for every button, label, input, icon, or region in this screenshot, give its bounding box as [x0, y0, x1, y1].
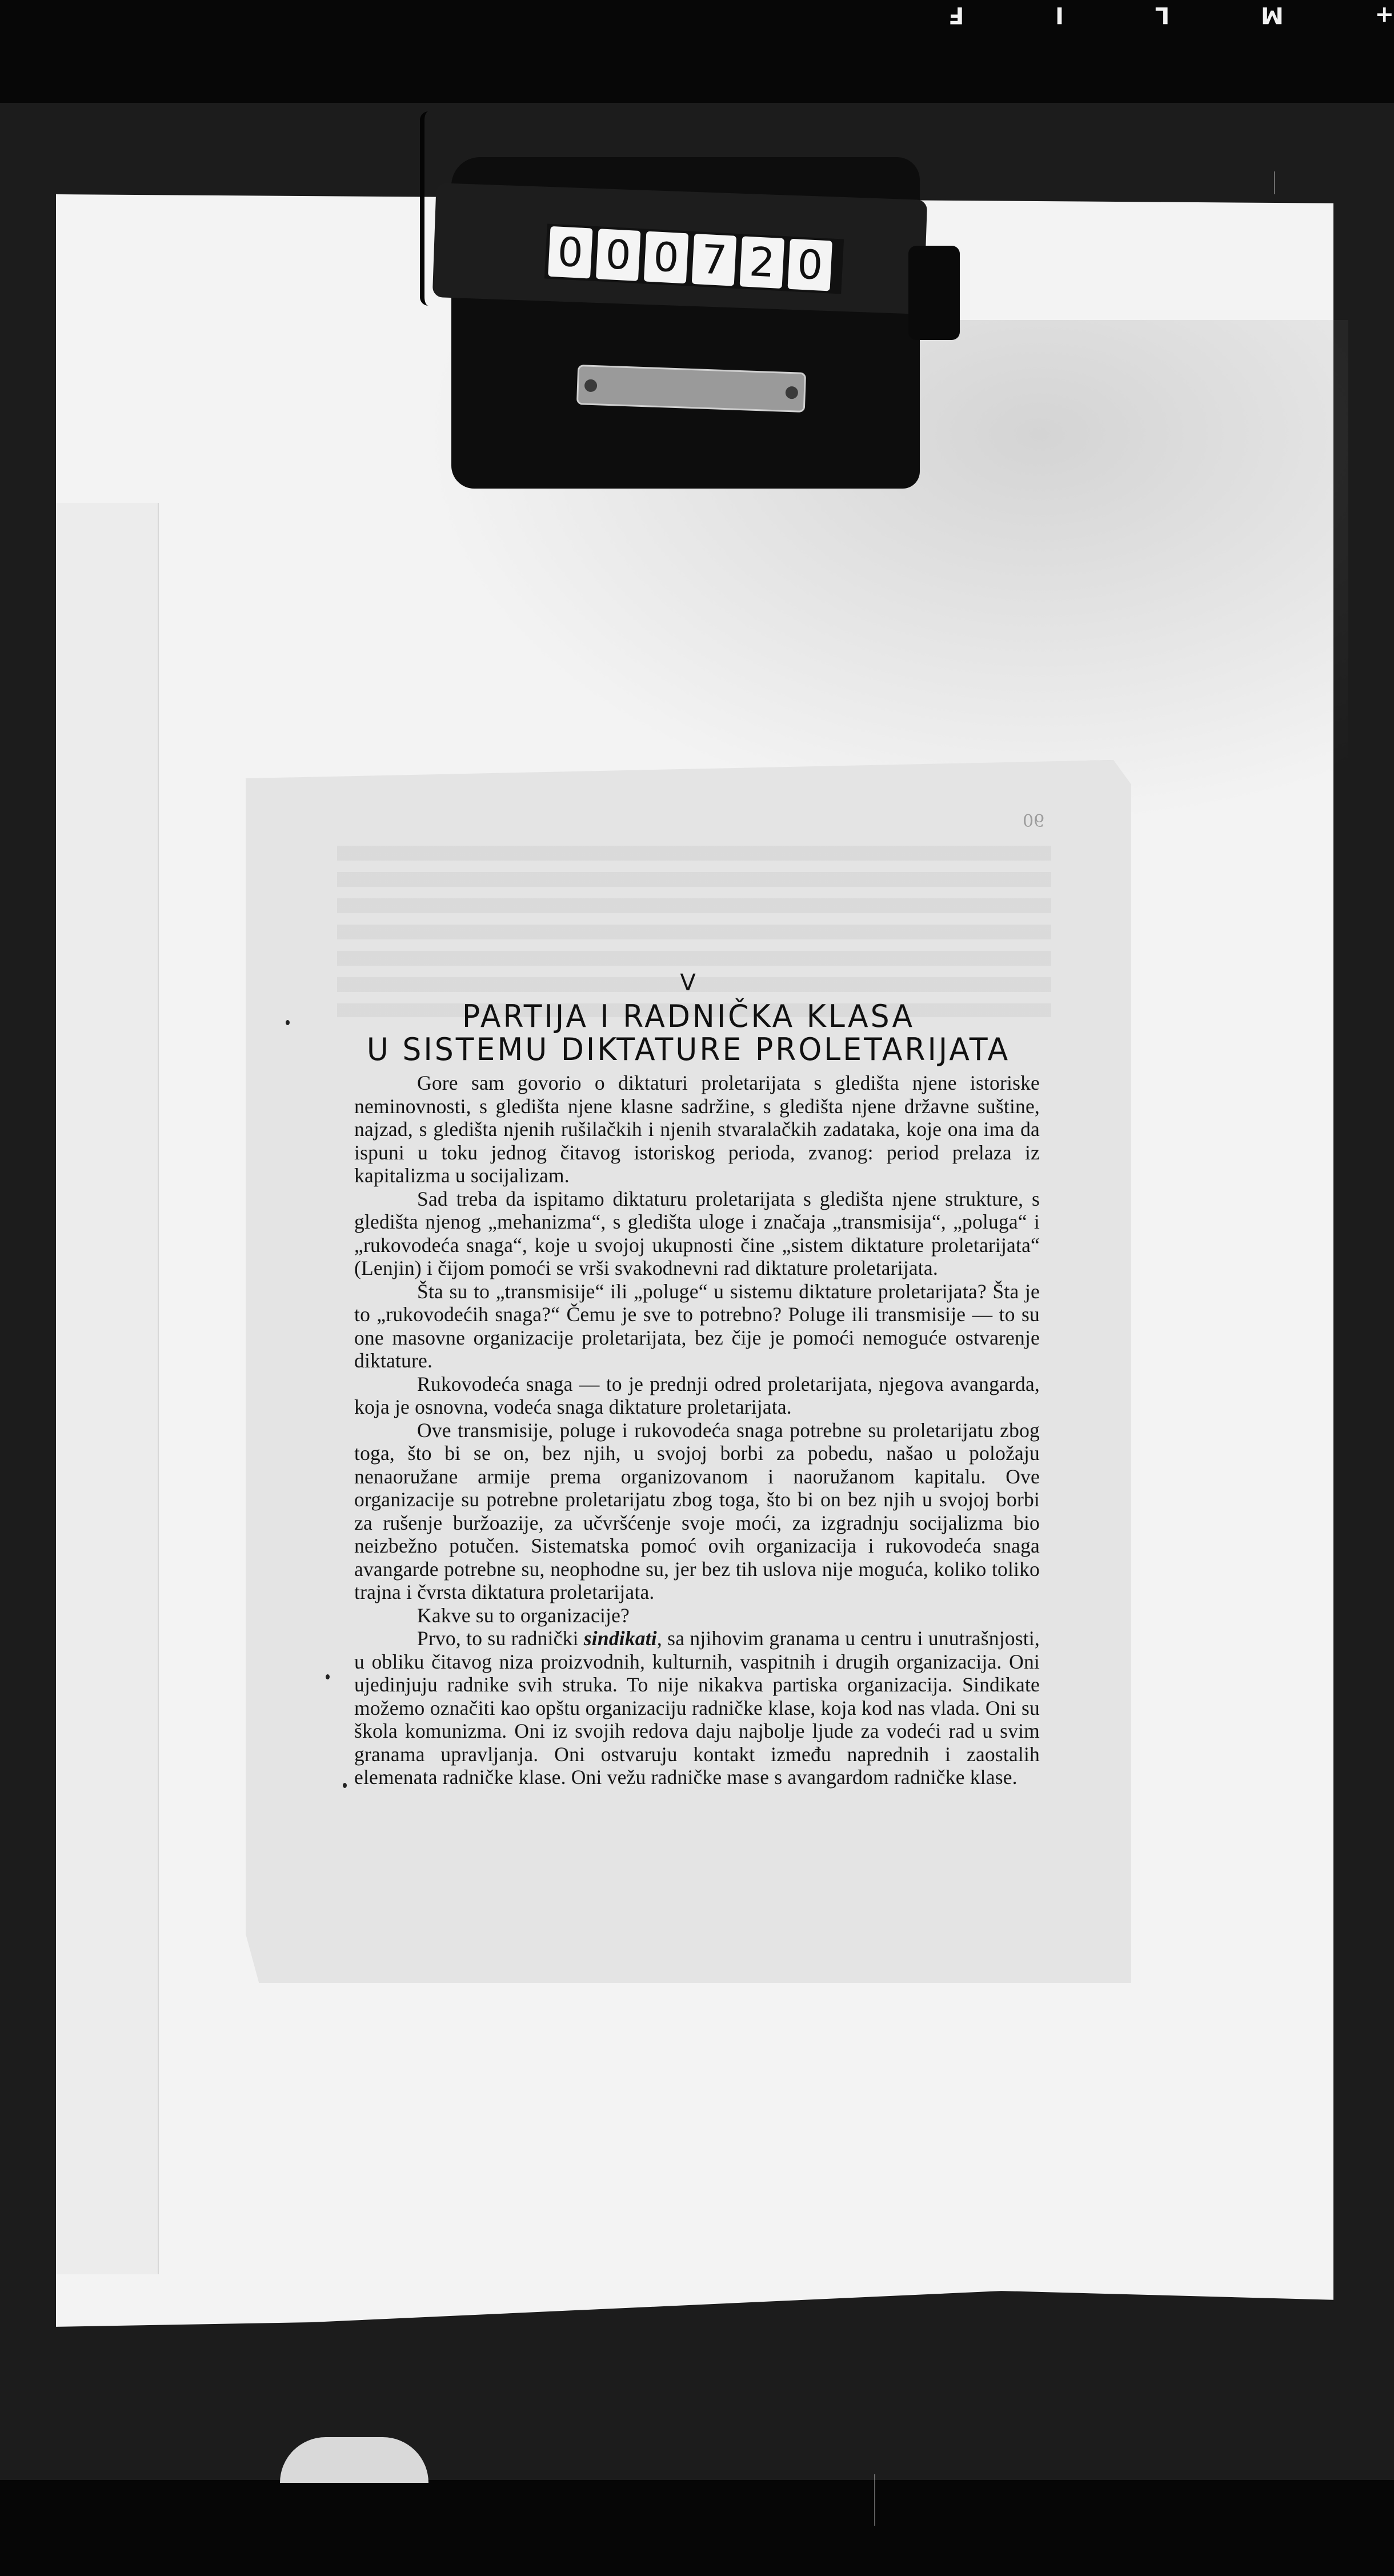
- chapter-heading: V PARTIJA I RADNIČKA KLASA U SISTEMU DIK…: [246, 966, 1131, 1066]
- counter-knob: [908, 246, 960, 340]
- edge-mark: I: [1055, 7, 1064, 23]
- film-edge-bottom: [0, 2480, 1394, 2576]
- paragraph: Šta su to „transmisije“ ili „poluge“ u s…: [354, 1280, 1040, 1373]
- counter-digit: 0: [787, 239, 832, 291]
- edge-mark: M: [1261, 7, 1284, 23]
- emphasis-sindikati: sindikati: [584, 1627, 657, 1650]
- edge-mark: +: [1375, 7, 1394, 23]
- edge-mark: L: [1155, 7, 1170, 23]
- chapter-title-line-2: U SISTEMU DIKTATURE PROLETARIJATA: [246, 1033, 1131, 1067]
- paragraph: Gore sam govorio o diktaturi proletarija…: [354, 1071, 1040, 1187]
- frame-counter: 0 0 0 7 2 0: [434, 146, 960, 489]
- paragraph: Sad treba da ispitamo diktaturu proletar…: [354, 1187, 1040, 1280]
- counter-digit: 2: [740, 236, 785, 289]
- board-side-strip: [56, 503, 159, 2274]
- margin-mark: [286, 1020, 290, 1025]
- counter-digit: 0: [548, 226, 593, 279]
- margin-mark: [343, 1783, 347, 1788]
- counter-nameplate: [576, 365, 806, 413]
- body-text: Gore sam govorio o diktaturi proletarija…: [354, 1071, 1040, 1789]
- film-edge-top: F I L M +: [0, 0, 1394, 103]
- foreground-object: [280, 2437, 428, 2483]
- paragraph-sindikati: Prvo, to su radnički sindikati, sa njiho…: [354, 1627, 1040, 1789]
- document-page: 90 V PARTIJA I RADNIČKA KLASA U SISTEMU …: [246, 760, 1131, 1983]
- margin-mark: [326, 1674, 330, 1679]
- film-edge-marks: F I L M +: [948, 0, 1394, 23]
- counter-digit: 0: [644, 231, 689, 284]
- counter-digit: 7: [692, 234, 737, 286]
- text-run: , sa njihovim granama u centru i unutraš…: [354, 1627, 1040, 1789]
- page-number: 90: [1023, 811, 1044, 831]
- paragraph: Rukovodeća snaga — to je prednji odred p…: [354, 1373, 1040, 1419]
- text-run: Prvo, to su radnički: [417, 1627, 584, 1650]
- counter-digit: 0: [596, 229, 641, 281]
- film-scratch: [874, 2474, 875, 2526]
- edge-mark: F: [948, 7, 964, 23]
- paragraph: Kakve su to organizacije?: [354, 1604, 1040, 1627]
- paragraph: Ove transmisije, poluge i rukovodeća sna…: [354, 1419, 1040, 1604]
- chapter-number: V: [246, 966, 1131, 1000]
- chapter-title-line-1: PARTIJA I RADNIČKA KLASA: [246, 999, 1131, 1034]
- film-scratch: [1274, 171, 1275, 194]
